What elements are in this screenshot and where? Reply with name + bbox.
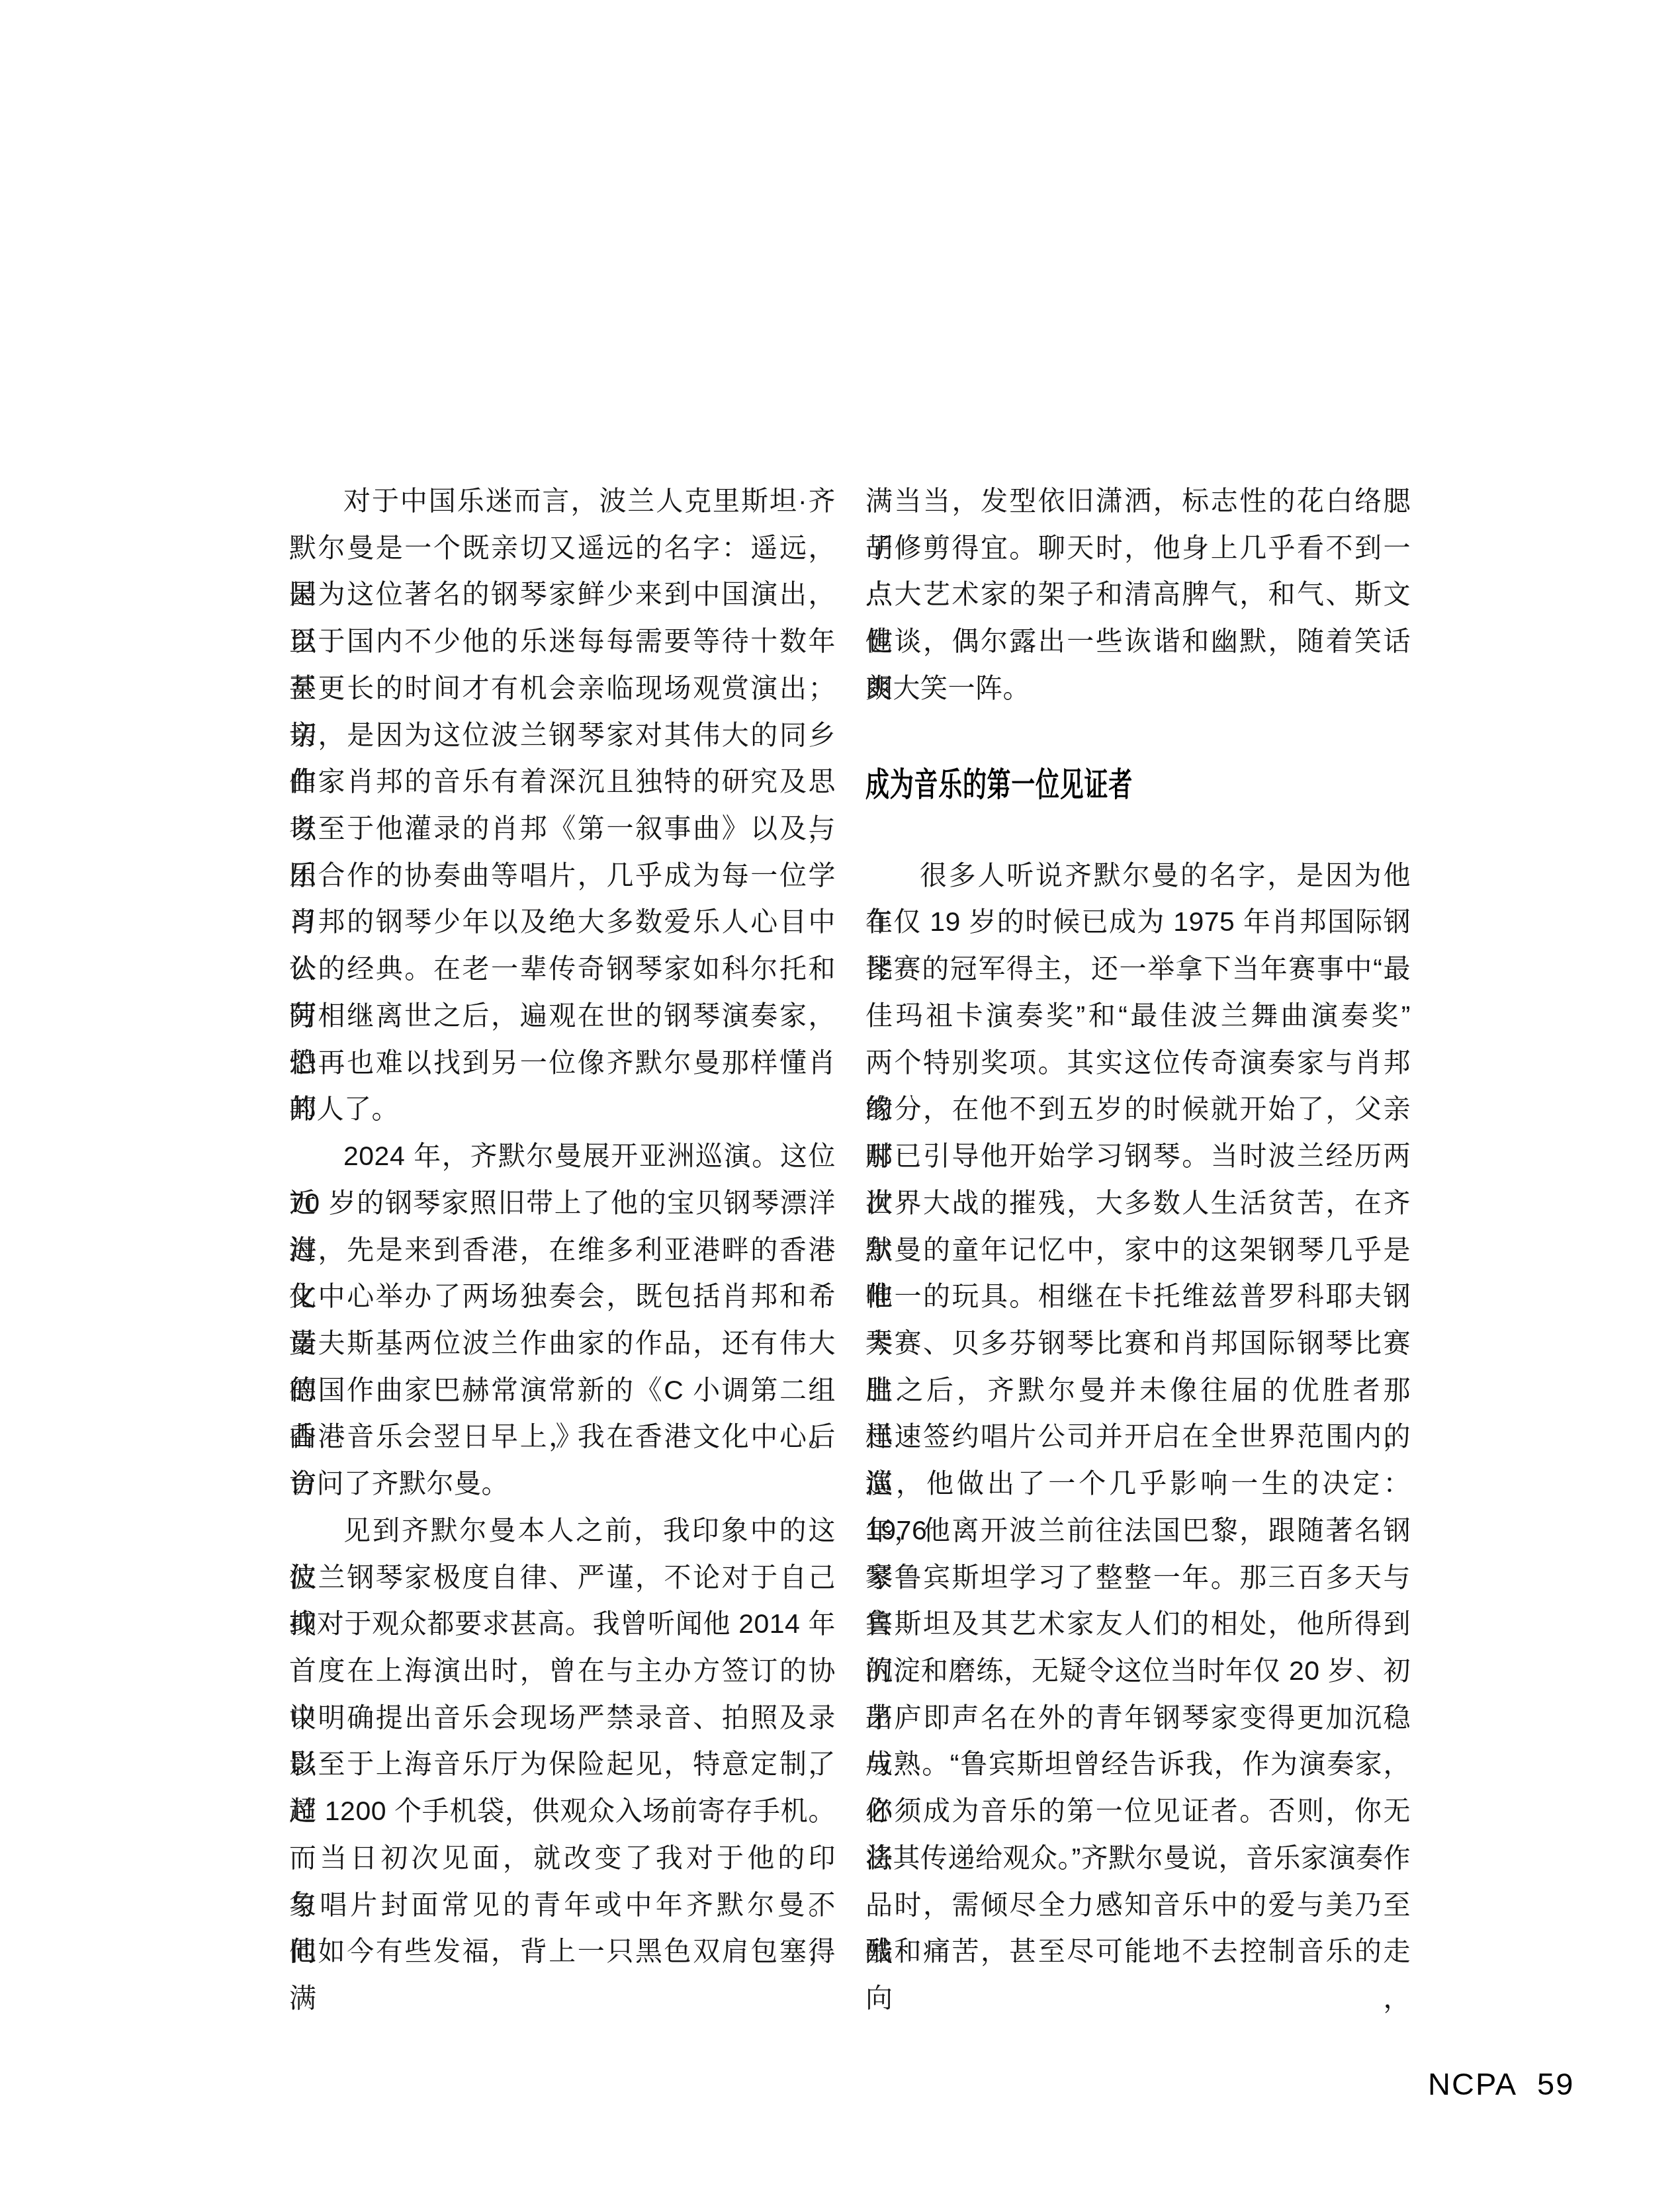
text-line: 德国作曲家巴赫常演常新的《C 小调第二组曲》。 [289,1367,836,1414]
text-line: 子修剪得宜。聊天时，他身上几乎看不到一点 [865,525,1411,572]
text-line: 过 1200 个手机袋，供观众入场前寄存手机。 [289,1788,836,1835]
text-line: 缘分，在他不到五岁的时候就开始了，父亲那 [865,1086,1411,1133]
text-line: 宾斯坦及其艺术家友人们的相处，他所得到的 [865,1600,1411,1647]
text-line: 必须成为音乐的第一位见证者。否则，你无法 [865,1788,1411,1835]
text-line: 他如今有些发福，背上一只黑色双肩包塞得满 [289,1928,836,1975]
text-line: 迅速签约唱片公司并开启在全世界范围内的巡 [865,1413,1411,1460]
text-line: 年仅 19 岁的时候已成为 1975 年肖邦国际钢琴 [865,898,1411,945]
text-line: 或对于观众都要求甚高。我曾听闻他 2014 年 [289,1600,836,1647]
text-line: 酷和痛苦，甚至尽可能地不去控制音乐的走向， [865,1928,1411,1975]
text-line: 70 岁的钢琴家照旧带上了他的宝贝钢琴漂洋过 [289,1180,836,1227]
text-line: 中明确提出音乐会现场严禁录音、拍照及录影， [289,1694,836,1741]
text-line: 以至于上海音乐厅为保险起见，特意定制了超 [289,1741,836,1788]
text-line: 2024 年，齐默尔曼展开亚洲巡演。这位近 [289,1133,836,1180]
text-line: 茅庐即声名在外的青年钢琴家变得更加沉稳与 [865,1694,1411,1741]
text-line: 将其传递给观众。”齐默尔曼说，音乐家演奏作 [865,1835,1411,1882]
text-line: 演，他做出了一个几乎影响一生的决定：1976 [865,1460,1411,1507]
text-line: 家鲁宾斯坦学习了整整一年。那三百多天与鲁 [865,1554,1411,1601]
text-line: 对于中国乐迷而言，波兰人克里斯坦·齐 [289,478,836,525]
text-line: 时已引导他开始学习钢琴。当时波兰经历两次 [865,1133,1411,1180]
text-line: 默尔曼是一个既亲切又遥远的名字：遥远，是 [289,525,836,572]
text-line: 认的经典。在老一辈传奇钢琴家如科尔托和阿 [289,945,836,992]
text-line: 朗大笑一阵。 [865,665,1411,712]
text-line: 而当日初次见面，就改变了我对于他的印象。 [289,1835,836,1882]
text-line: 见到齐默尔曼本人之前，我印象中的这位 [289,1507,836,1554]
text-line: 年，他离开波兰前往法国巴黎，跟随著名钢琴 [865,1507,1411,1554]
text-line: 香港音乐会翌日早上，我在香港文化中心后台 [289,1413,836,1460]
text-line: 因为这位著名的钢琴家鲜少来到中国演出，以 [289,571,836,618]
text-line: 劳相继离世之后，遍观在世的钢琴演奏家，恐 [289,992,836,1039]
text-line: 健谈，偶尔露出一些诙谐和幽默，随着笑话爽 [865,618,1411,665]
article-column-left: 对于中国乐迷而言，波兰人克里斯坦·齐默尔曼是一个既亲切又遥远的名字：遥远，是因为… [289,478,836,1975]
text-line: 品时，需倾尽全力感知音乐中的爱与美乃至残 [865,1882,1411,1929]
text-line: 团合作的协奏曲等唱片，几乎成为每一位学习 [289,852,836,899]
text-line: 世界大战的摧残，大多数人生活贫苦，在齐默 [865,1180,1411,1227]
text-line: 至于国内不少他的乐迷每每需要等待十数年甚 [289,618,836,665]
text-line: 尔曼的童年记忆中，家中的这架钢琴几乎是他 [865,1227,1411,1274]
text-line: 沉淀和磨练，无疑令这位当时年仅 20 岁、初出 [865,1647,1411,1694]
text-line: 点大艺术家的架子和清高脾气，和气、斯文也 [865,571,1411,618]
text-line: 首度在上海演出时，曾在与主办方签订的协议 [289,1647,836,1694]
journal-name: NCPA [1428,2066,1517,2101]
text-line: 与唱片封面常见的青年或中年齐默尔曼不同， [289,1882,836,1929]
section-heading: 成为音乐的第一位见证者 [865,758,1133,806]
text-line: 访问了齐默尔曼。 [289,1460,836,1507]
page-number: 59 [1517,2066,1574,2101]
text-line: 两个特别奖项。其实这位传奇演奏家与肖邦的 [865,1039,1411,1086]
text-line: 的人了。 [289,1086,836,1133]
text-line: 出之后，齐默尔曼并未像往届的优胜者那样， [865,1367,1411,1414]
text-line: 满当当，发型依旧潇洒，标志性的花白络腮胡 [865,478,1411,525]
text-line: 怕再也难以找到另一位像齐默尔曼那样懂肖邦 [289,1039,836,1086]
text-line: 佳玛祖卡演奏奖”和“最佳波兰舞曲演奏奖” [865,992,1411,1039]
text-line: 化中心举办了两场独奏会，既包括肖邦和希曼 [289,1273,836,1320]
text-line: 曲家肖邦的音乐有着深沉且独特的研究及思考， [289,758,836,805]
article-column-right: 满当当，发型依旧潇洒，标志性的花白络腮胡子修剪得宜。聊天时，他身上几乎看不到一点… [865,478,1411,1975]
text-line: 唯一的玩具。相继在卡托维兹普罗科耶夫钢琴 [865,1273,1411,1320]
section-heading-block: 成为音乐的第一位见证者 [865,712,1411,852]
text-line: 比赛的冠军得主，还一举拿下当年赛事中“最 [865,945,1411,992]
text-line: 诺夫斯基两位波兰作曲家的作品，还有伟大的 [289,1320,836,1367]
text-line: 至更长的时间才有机会亲临现场观赏演出；亲 [289,665,836,712]
text-line: 切，是因为这位波兰钢琴家对其伟大的同乡作 [289,712,836,759]
text-line: 成熟。“鲁宾斯坦曾经告诉我，作为演奏家，你 [865,1741,1411,1788]
text-line: 肖邦的钢琴少年以及绝大多数爱乐人心目中公 [289,898,836,945]
text-line: 波兰钢琴家极度自律、严谨，不论对于自己抑 [289,1554,836,1601]
text-line: 大赛、贝多芬钢琴比赛和肖邦国际钢琴比赛胜 [865,1320,1411,1367]
magazine-page: 对于中国乐迷而言，波兰人克里斯坦·齐默尔曼是一个既亲切又遥远的名字：遥远，是因为… [0,0,1680,2188]
page-footer: NCPA59 [1428,2068,1574,2099]
text-line: 海，先是来到香港，在维多利亚港畔的香港文 [289,1227,836,1274]
text-line: 以至于他灌录的肖邦《第一叙事曲》以及与乐 [289,805,836,852]
text-line: 很多人听说齐默尔曼的名字，是因为他在 [865,852,1411,899]
